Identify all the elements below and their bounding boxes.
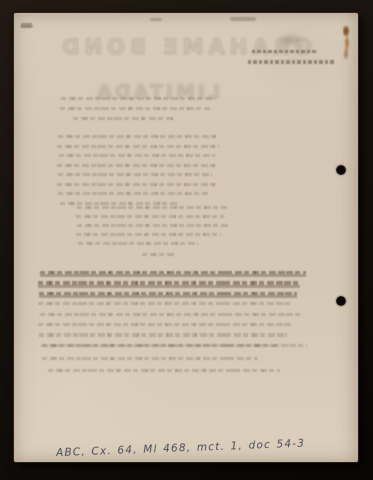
ghost-typewritten-line [73, 117, 173, 120]
ghost-letterhead-address-line [252, 50, 318, 53]
rust-stain [343, 25, 350, 59]
handwritten-archival-note: ABC, Cx. 64, Ml 468, mct. 1, doc 54-3 [56, 437, 326, 459]
ghost-typewritten-line [38, 302, 290, 305]
ghost-typewritten-line [38, 281, 300, 284]
paper-speck [150, 18, 162, 21]
ink-smudge [277, 32, 305, 48]
pencil-mark [20, 23, 34, 28]
ghost-typewritten-line [77, 224, 229, 227]
ghost-typewritten-line [76, 215, 224, 218]
ghost-typewritten-line [61, 97, 215, 100]
ghost-typewritten-line [142, 253, 174, 256]
ghost-typewritten-line [48, 369, 280, 372]
ghost-typewritten-line [59, 154, 215, 157]
ghost-typewritten-line [60, 107, 210, 110]
ghost-typewritten-line [40, 271, 306, 274]
ghost-typewritten-line [58, 192, 208, 195]
ghost-typewritten-line [40, 313, 300, 316]
ghost-typewritten-line [76, 233, 221, 236]
document-page: GRAHAME BOND LIMITADA ABC, Cx. 64, Ml 46… [14, 13, 358, 462]
paper-speck [230, 17, 256, 21]
ghost-letterhead-title: GRAHAME BOND [50, 35, 312, 59]
ghost-typewritten-line [78, 242, 198, 245]
ghost-typewritten-line [58, 135, 216, 138]
ghost-typewritten-line [58, 173, 212, 176]
scan-background: GRAHAME BOND LIMITADA ABC, Cx. 64, Ml 46… [0, 0, 373, 480]
ghost-typewritten-line [42, 357, 257, 360]
ghost-typewritten-line [57, 183, 216, 186]
ghost-typewritten-line [43, 344, 307, 347]
punch-hole [336, 296, 346, 306]
ghost-letterhead-address-line [248, 60, 335, 64]
punch-hole [336, 165, 346, 175]
ghost-typewritten-line [77, 206, 227, 209]
ghost-typewritten-line [38, 323, 293, 326]
ghost-typewritten-line [39, 292, 297, 295]
ghost-typewritten-line [57, 145, 219, 148]
ghost-typewritten-line [57, 164, 217, 167]
ghost-typewritten-line [60, 202, 178, 205]
ghost-typewritten-line [39, 333, 287, 336]
